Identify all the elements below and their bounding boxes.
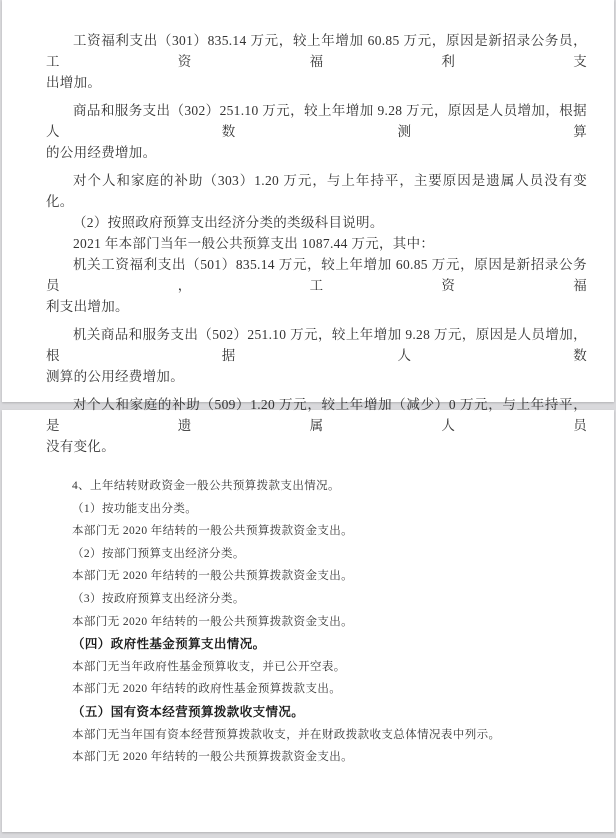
text-line: 本部门无 2020 年结转的一般公共预算拨款资金支出。 (46, 611, 587, 634)
text-line: 的公用经费增加。 (46, 142, 587, 163)
text-line: 2021 年本部门当年一般公共预算支出 1087.44 万元，其中： (46, 233, 587, 254)
text-line: 商品和服务支出（302）251.10 万元，较上年增加 9.28 万元，原因是人… (46, 100, 587, 142)
text-line: 工资福利支出（301）835.14 万元，较上年增加 60.85 万元，原因是新… (46, 30, 587, 72)
section-heading: （五）国有资本经营预算拨款收支情况。 (46, 701, 587, 724)
text-line: （2）按照政府预算支出经济分类的类级科目说明。 (46, 212, 587, 233)
text-line: 本部门无当年政府性基金预算收支，并已公开空表。 (46, 656, 587, 679)
section-heading: （四）政府性基金预算支出情况。 (46, 633, 587, 656)
text-line: （2）按部门预算支出经济分类。 (46, 543, 587, 566)
text-line: 测算的公用经费增加。 (46, 366, 587, 387)
document-page-1: 工资福利支出（301）835.14 万元，较上年增加 60.85 万元，原因是新… (2, 0, 614, 402)
text-line: 本部门无 2020 年结转的一般公共预算拨款资金支出。 (46, 746, 587, 769)
text-line: 对个人和家庭的补助（303）1.20 万元，与上年持平，主要原因是遗属人员没有变… (46, 170, 587, 212)
document-page-2: 4、上年结转财政资金一般公共预算拨款支出情况。 （1）按功能支出分类。 本部门无… (2, 410, 614, 832)
text-line: 机关工资福利支出（501）835.14 万元，较上年增加 60.85 万元，原因… (46, 254, 587, 296)
text-line: 本部门无 2020 年结转的一般公共预算拨款资金支出。 (46, 565, 587, 588)
text-line: （3）按政府预算支出经济分类。 (46, 588, 587, 611)
document-viewer: 工资福利支出（301）835.14 万元，较上年增加 60.85 万元，原因是新… (0, 0, 616, 838)
text-line: 出增加。 (46, 72, 587, 93)
text-line: 本部门无 2020 年结转的一般公共预算拨款资金支出。 (46, 520, 587, 543)
text-line: 本部门无 2020 年结转的政府性基金预算拨款支出。 (46, 678, 587, 701)
text-line: 利支出增加。 (46, 296, 587, 317)
text-line: 对个人和家庭的补助（509）1.20 万元，较上年增加（减少）0 万元，与上年持… (46, 394, 587, 436)
text-line: 机关商品和服务支出（502）251.10 万元，较上年增加 9.28 万元，原因… (46, 324, 587, 366)
text-line: （1）按功能支出分类。 (46, 498, 587, 521)
text-line: 4、上年结转财政资金一般公共预算拨款支出情况。 (46, 475, 587, 498)
text-line: 本部门无当年国有资本经营预算拨款收支，并在财政拨款收支总体情况表中列示。 (46, 724, 587, 747)
